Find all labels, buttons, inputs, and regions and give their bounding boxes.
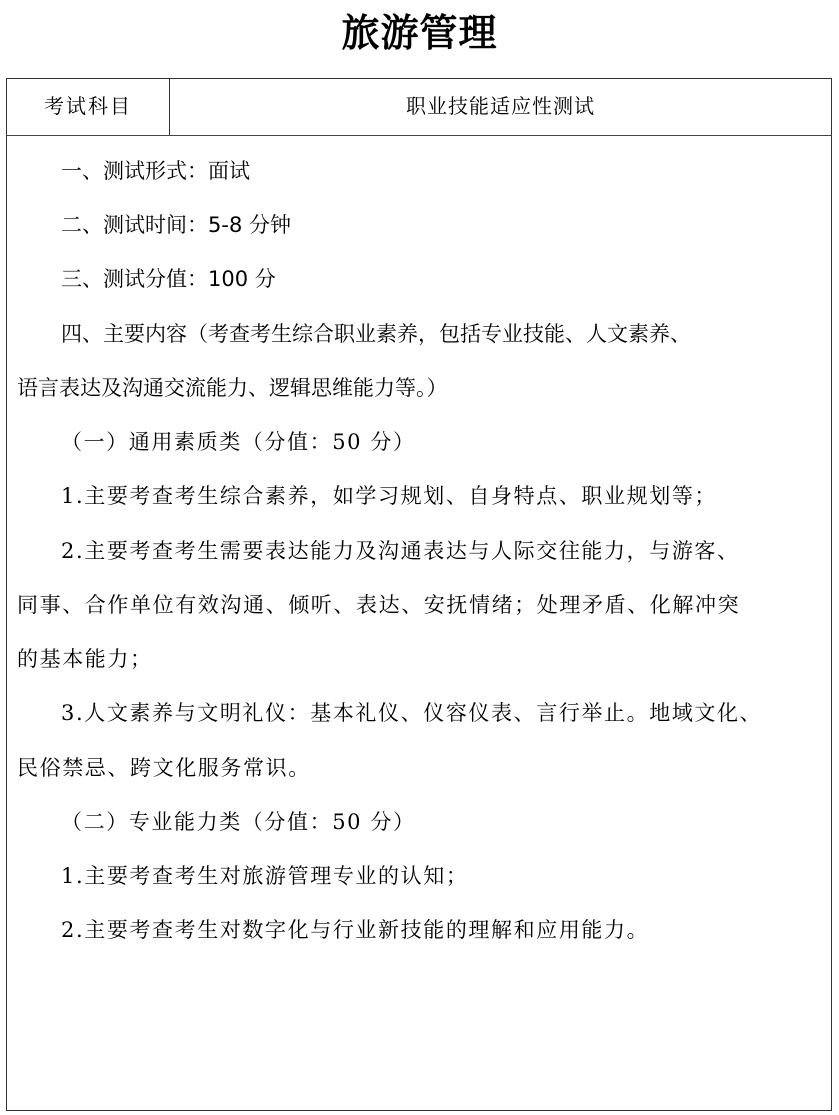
table-header-row: 考试科目 职业技能适应性测试 — [7, 79, 831, 136]
content-line: 民俗禁忌、跨文化服务常识。 — [17, 753, 823, 783]
exam-table: 考试科目 职业技能适应性测试 一、测试形式：面试二、测试时间：5-8 分钟三、测… — [6, 78, 832, 1111]
content-line: 1.主要考查考生综合素养，如学习规划、自身特点、职业规划等； — [17, 481, 823, 511]
content-line: 的基本能力； — [17, 644, 823, 674]
content-line: 四、主要内容（考查考生综合职业素养，包括专业技能、人文素养、 — [17, 319, 823, 349]
content-line: 三、测试分值：100 分 — [17, 264, 823, 294]
content-line: 3.人文素养与文明礼仪：基本礼仪、仪容仪表、言行举止。地域文化、 — [17, 698, 823, 728]
content-line: 二、测试时间：5-8 分钟 — [17, 210, 823, 240]
table-body: 一、测试形式：面试二、测试时间：5-8 分钟三、测试分值：100 分四、主要内容… — [7, 136, 831, 1110]
exam-subject-label: 考试科目 — [7, 79, 170, 135]
content-line: 2.主要考查考生对数字化与行业新技能的理解和应用能力。 — [17, 915, 823, 945]
content-line: 语言表达及沟通交流能力、逻辑思维能力等。） — [17, 373, 823, 403]
content-line: 同事、合作单位有效沟通、倾听、表达、安抚情绪；处理矛盾、化解冲突 — [17, 590, 823, 620]
content-line: （一）通用素质类（分值：50 分） — [17, 427, 823, 457]
content-line: 1.主要考查考生对旅游管理专业的认知； — [17, 861, 823, 891]
content-line: 2.主要考查考生需要表达能力及沟通表达与人际交往能力，与游客、 — [17, 536, 823, 566]
content-line: （二）专业能力类（分值：50 分） — [17, 807, 823, 837]
page-title: 旅游管理 — [0, 0, 839, 70]
content-line: 一、测试形式：面试 — [17, 156, 823, 186]
exam-subject-value: 职业技能适应性测试 — [170, 79, 831, 135]
